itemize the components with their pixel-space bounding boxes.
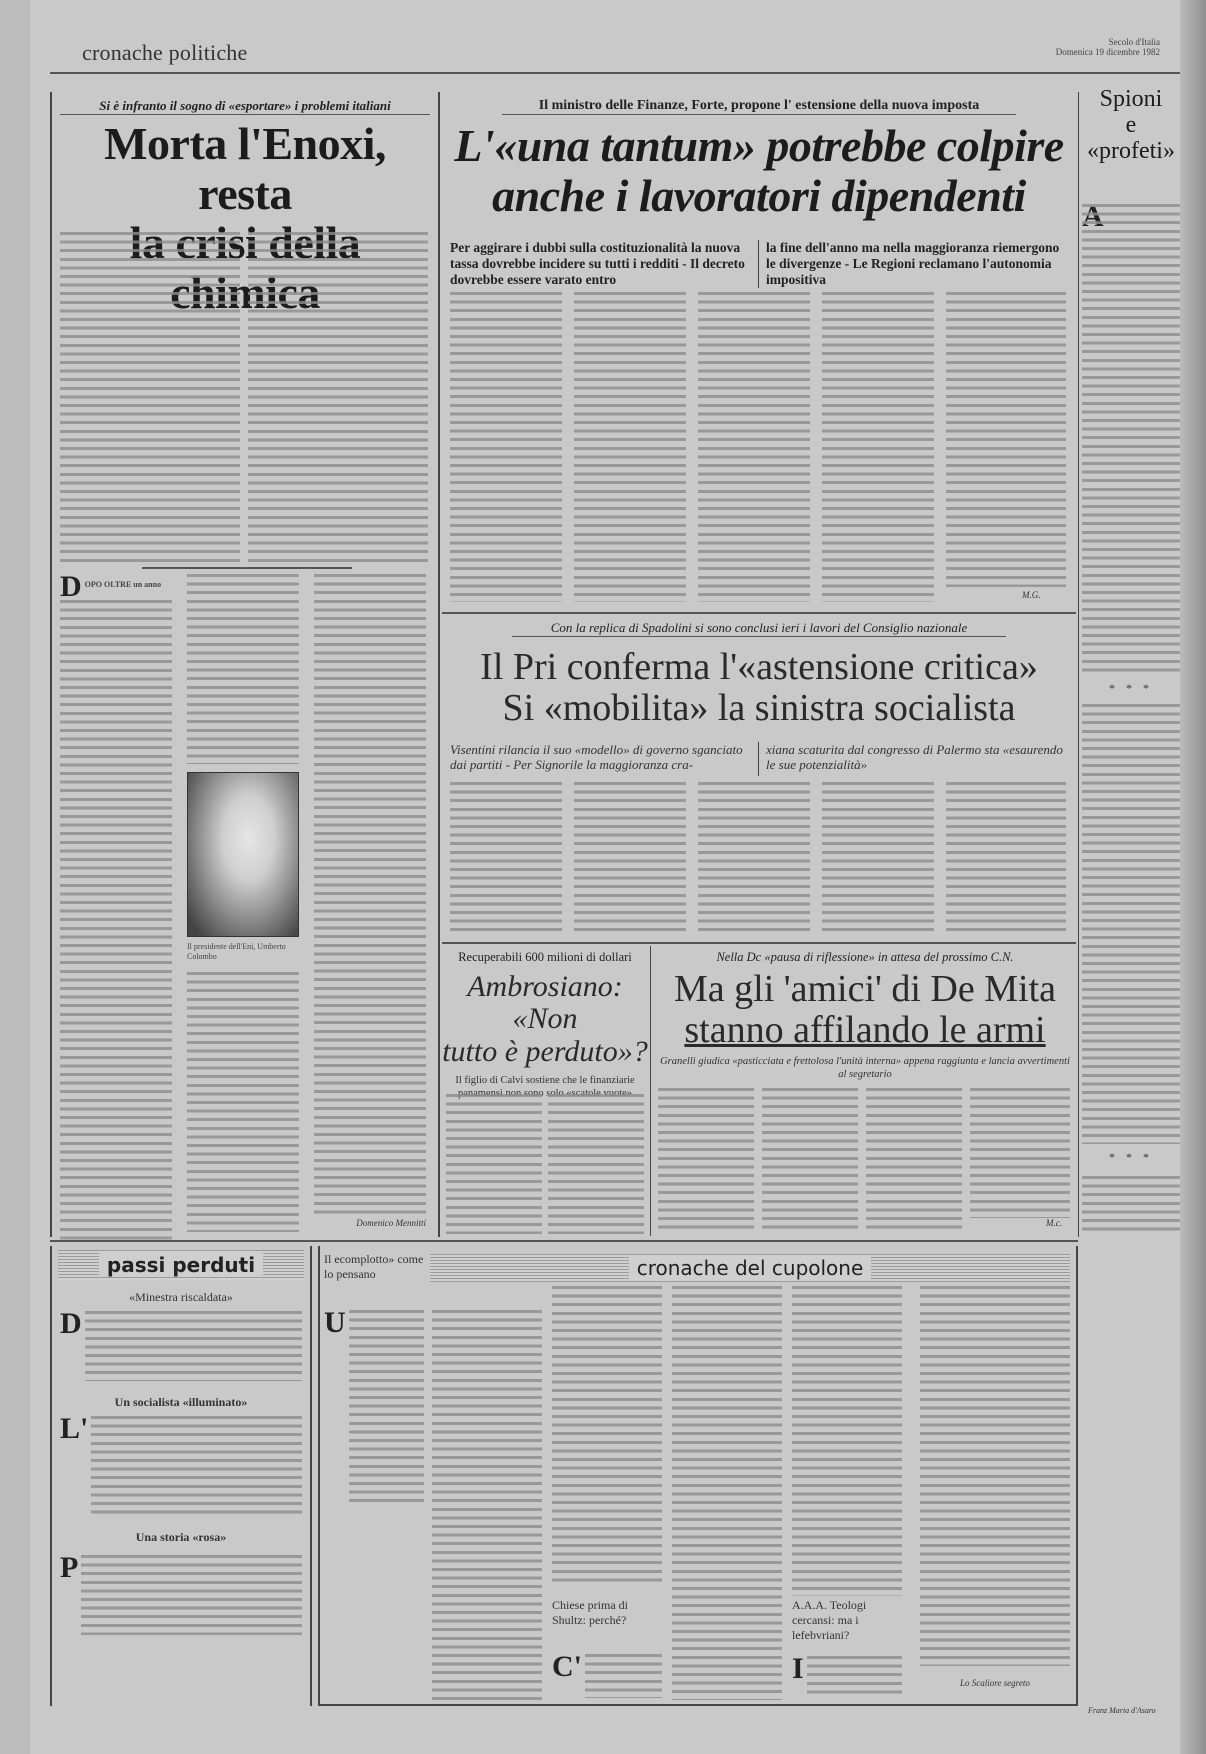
pri-subhead-right: xiana scaturita dal congresso di Palermo… [766, 742, 1066, 772]
cupolone-sub1: Chiese prima di Shultz: perché? [552, 1598, 662, 1628]
spioni-headline: Spioni e «profeti» [1082, 86, 1180, 164]
article-pri: Con la replica di Spadolini si sono conc… [442, 614, 1076, 939]
demita-col3 [866, 1088, 962, 1234]
divider [142, 567, 352, 569]
cupolone-sub2-text: I [792, 1656, 902, 1702]
ambrosiano-headline: Ambrosiano: «Non tutto è perduto»? [442, 971, 648, 1068]
article-ambrosiano: Recuperabili 600 milioni di dollari Ambr… [442, 946, 648, 1236]
signature: Lo Scaliore segreto [960, 1678, 1030, 1688]
newspaper-page: cronache politiche Secolo d'Italia Domen… [30, 0, 1180, 1754]
pri-kicker: Con la replica di Spadolini si sono conc… [512, 620, 1006, 637]
ambrosiano-kicker: Recuperabili 600 milioni di dollari [446, 950, 644, 965]
spioni-text-2 [1082, 704, 1180, 1144]
passi-title: passi perduti [99, 1253, 263, 1277]
photo-caption: Il presidente dell'Eni, Umberto Colombo [187, 942, 299, 962]
pri-subhead-left: Visentini rilancia il suo «modello» di g… [450, 742, 750, 772]
demita-col1 [658, 1088, 754, 1234]
photo-umberto-colombo [187, 772, 299, 937]
cupolone-side-heading: Il ecomplotto» come lo pensano [324, 1252, 424, 1282]
divider [758, 240, 759, 288]
masthead-rule [50, 72, 1180, 74]
ambrosiano-col1 [446, 1094, 542, 1234]
spioni-text-1 [1082, 204, 1180, 674]
pri-col3 [698, 782, 810, 932]
item-text: D [60, 1311, 302, 1381]
passi-perduti: passi perduti «Minestra riscaldata» D Un… [50, 1246, 312, 1706]
demita-col4 [970, 1088, 1070, 1218]
tantum-subhead-right: la fine dell'anno ma nella maggioranza r… [766, 240, 1066, 288]
ambrosiano-col2 [548, 1094, 644, 1234]
separator: * * * [1082, 681, 1180, 696]
signature: M.c. [1046, 1218, 1062, 1228]
tantum-headline: L'«una tantum» potrebbe colpire anche i … [442, 121, 1076, 220]
cupolone-col2 [432, 1310, 542, 1700]
paper-name: Secolo d'Italia [1030, 37, 1160, 47]
enoxi-kicker: Si è infranto il sogno di «esportare» i … [60, 98, 430, 115]
item-heading: Un socialista «illuminato» [52, 1395, 310, 1410]
enoxi-col2-top [187, 574, 299, 764]
page-edge-shadow [1180, 0, 1206, 1754]
cupolone-sub1-text: C' [552, 1654, 662, 1702]
cupolone-title-bar: cronache del cupolone [430, 1254, 1070, 1282]
signature: M.G. [1022, 590, 1041, 600]
pri-col5 [946, 782, 1066, 932]
tantum-col4 [822, 292, 934, 602]
tantum-col1 [450, 292, 562, 602]
article-una-tantum: Il ministro delle Finanze, Forte, propon… [442, 92, 1076, 612]
divider [758, 742, 759, 776]
demita-headline: Ma gli 'amici' di De Mita stanno affilan… [654, 969, 1076, 1051]
tantum-col3 [698, 292, 810, 602]
demita-subhead: Granelli giudica «pasticciata e frettolo… [658, 1055, 1072, 1081]
cupolone-col4 [672, 1286, 782, 1700]
cupolone-sub2: A.A.A. Teologi cercansi: ma i lefebvrian… [792, 1598, 902, 1643]
column-rule [650, 946, 651, 1236]
pri-headline: Il Pri conferma l'«astensione critica» S… [442, 647, 1076, 729]
pri-col2 [574, 782, 686, 932]
tantum-subhead-left: Per aggirare i dubbi sulla costituzional… [450, 240, 750, 288]
publication-date: Domenica 19 dicembre 1982 [1030, 47, 1160, 57]
column-rule [1078, 92, 1079, 1237]
cupolone-col1: U [324, 1310, 424, 1510]
demita-col2 [762, 1088, 858, 1234]
cupolone-col6 [920, 1286, 1070, 1666]
sidebar-spioni: Spioni e «profeti» A * * * * * * [1082, 86, 1180, 1236]
cupolone-col3 [552, 1286, 662, 1586]
separator: * * * [1082, 1150, 1180, 1165]
enoxi-col3 [314, 574, 426, 1214]
article-de-mita: Nella Dc «pausa di riflessione» in attes… [654, 946, 1076, 1236]
cupolone-col5 [792, 1286, 902, 1596]
pri-col4 [822, 782, 934, 932]
section-title: cronache politiche [82, 40, 247, 66]
item-text: P [60, 1555, 302, 1635]
rule [50, 1240, 1078, 1242]
signature: Franz Maria d'Asaro [1088, 1706, 1156, 1715]
tantum-col2 [574, 292, 686, 602]
enoxi-col2-bottom [187, 972, 299, 1232]
article-enoxi: Si è infranto il sogno di «esportare» i … [50, 92, 440, 1237]
rule [442, 942, 1076, 944]
cupolone-title: cronache del cupolone [629, 1256, 872, 1280]
tantum-kicker: Il ministro delle Finanze, Forte, propon… [502, 98, 1016, 115]
item-heading: Una storia «rosa» [52, 1530, 310, 1545]
passi-title-bar: passi perduti [58, 1250, 304, 1280]
item-heading: «Minestra riscaldata» [52, 1290, 310, 1305]
enoxi-intro-col2 [248, 232, 428, 562]
demita-kicker: Nella Dc «pausa di riflessione» in attes… [658, 950, 1072, 965]
pri-col1 [450, 782, 562, 932]
spioni-text-3 [1082, 1176, 1180, 1236]
tantum-col5 [946, 292, 1066, 587]
enoxi-col1: D OPO OLTRE un anno [60, 574, 172, 1234]
masthead-info: Secolo d'Italia Domenica 19 dicembre 198… [1030, 37, 1160, 57]
dropcap: D [60, 574, 82, 600]
enoxi-intro-col1 [60, 232, 240, 562]
signature: Domenico Mennitti [314, 1218, 426, 1228]
item-text: L' [60, 1416, 302, 1516]
cronache-cupolone: Il ecomplotto» come lo pensano cronache … [318, 1246, 1078, 1706]
